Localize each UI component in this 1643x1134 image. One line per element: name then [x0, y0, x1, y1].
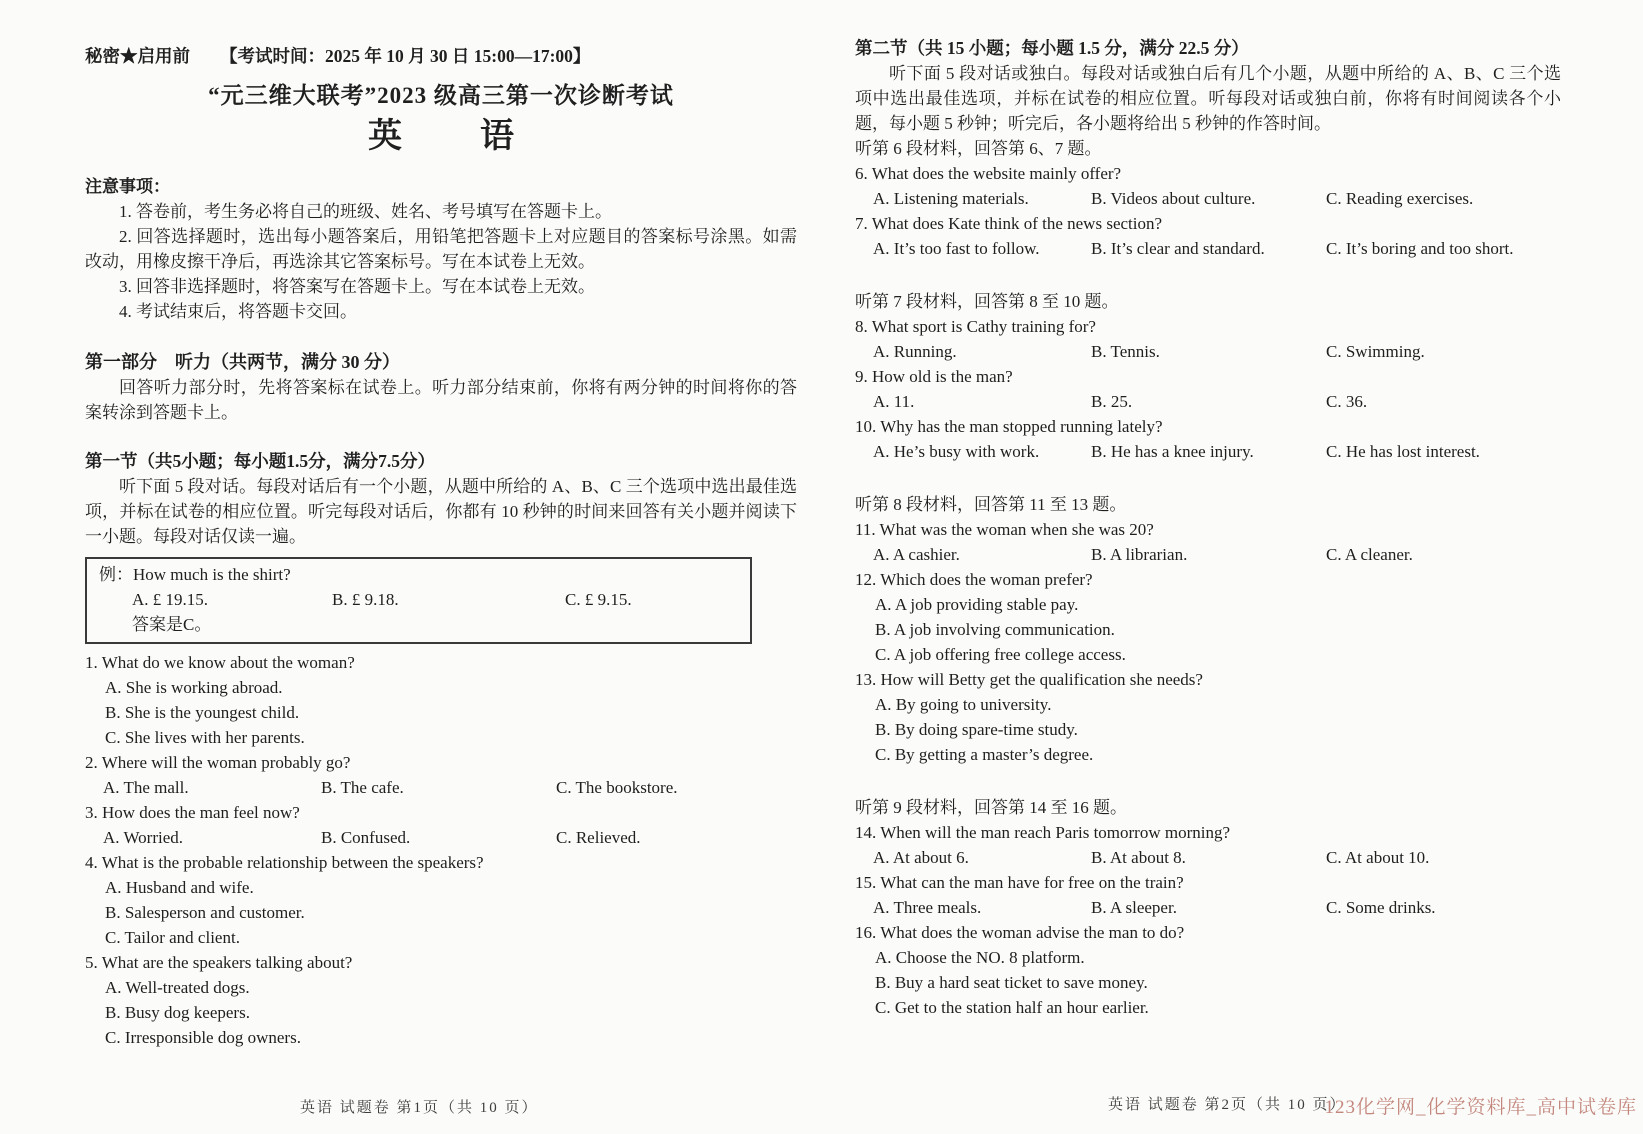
example-option: C. £ 9.15. [565, 587, 742, 612]
option: A. Listening materials. [873, 186, 1091, 211]
question: 7. What does Kate think of the news sect… [855, 211, 1561, 261]
option: B. She is the youngest child. [85, 700, 797, 725]
question: 12. Which does the woman prefer?A. A job… [855, 567, 1561, 667]
option: C. 36. [1326, 389, 1561, 414]
question-text: 8. What sport is Cathy training for? [855, 314, 1561, 339]
material-heading: 听第 6 段材料，回答第 6、7 题。 [855, 136, 1561, 161]
option: A. Worried. [103, 825, 321, 850]
option: C. Irresponsible dog owners. [85, 1025, 797, 1050]
option: B. Busy dog keepers. [85, 1000, 797, 1025]
option: C. Tailor and client. [85, 925, 797, 950]
option-group: A. The mall.B. The cafe.C. The bookstore… [85, 775, 797, 800]
part1-heading: 第一部分 听力（共两节，满分 30 分） [85, 350, 797, 375]
option: C. It’s boring and too short. [1326, 236, 1561, 261]
notice-item-4: 4. 考试结束后，将答题卡交回。 [85, 299, 797, 324]
option: C. Relieved. [556, 825, 797, 850]
option-group: A. Choose the NO. 8 platform.B. Buy a ha… [855, 945, 1561, 1020]
option: A. She is working abroad. [85, 675, 797, 700]
option: A. By going to university. [855, 692, 1561, 717]
example-question-line: 例：How much is the shirt? [99, 562, 742, 587]
question: 9. How old is the man?A. 11.B. 25.C. 36. [855, 364, 1561, 414]
option: B. It’s clear and standard. [1091, 236, 1326, 261]
section1-intro: 听下面 5 段对话。每段对话后有一个小题，从题中所给的 A、B、C 三个选项中选… [85, 474, 797, 549]
option-group: A. She is working abroad.B. She is the y… [85, 675, 797, 750]
option-group: A. A job providing stable pay.B. A job i… [855, 592, 1561, 667]
option: B. The cafe. [321, 775, 556, 800]
question: 15. What can the man have for free on th… [855, 870, 1561, 920]
question: 3. How does the man feel now?A. Worried.… [85, 800, 797, 850]
option: B. A job involving communication. [855, 617, 1561, 642]
option-group: A. Listening materials.B. Videos about c… [855, 186, 1561, 211]
option-group: A. Three meals.B. A sleeper.C. Some drin… [855, 895, 1561, 920]
question-text: 4. What is the probable relationship bet… [85, 850, 797, 875]
option-group: A. At about 6.B. At about 8.C. At about … [855, 845, 1561, 870]
option: C. By getting a master’s degree. [855, 742, 1561, 767]
question: 11. What was the woman when she was 20?A… [855, 517, 1561, 567]
notice-heading: 注意事项： [85, 174, 797, 199]
section1-heading: 第一节（共5小题；每小题1.5分，满分7.5分） [85, 449, 797, 474]
option-group: A. Worried.B. Confused.C. Relieved. [85, 825, 797, 850]
section2-heading: 第二节（共 15 小题；每小题 1.5 分，满分 22.5 分） [855, 36, 1561, 61]
option: B. At about 8. [1091, 845, 1326, 870]
exam-time: 【考试时间：2025 年 10 月 30 日 15:00—17:00】 [220, 46, 590, 66]
option: B. He has a knee injury. [1091, 439, 1326, 464]
option: C. Reading exercises. [1326, 186, 1561, 211]
question: 8. What sport is Cathy training for?A. R… [855, 314, 1561, 364]
question-text: 13. How will Betty get the qualification… [855, 667, 1561, 692]
option-group: A. Husband and wife.B. Salesperson and c… [85, 875, 797, 950]
section2-intro: 听下面 5 段对话或独白。每段对话或独白后有几个小题，从题中所给的 A、B、C … [855, 61, 1561, 136]
example-option: B. £ 9.18. [332, 587, 565, 612]
question: 16. What does the woman advise the man t… [855, 920, 1561, 1020]
option: C. He has lost interest. [1326, 439, 1561, 464]
option: B. By doing spare-time study. [855, 717, 1561, 742]
option: A. Three meals. [873, 895, 1091, 920]
question: 4. What is the probable relationship bet… [85, 850, 797, 950]
questions-1-5: 1. What do we know about the woman?A. Sh… [85, 650, 797, 1050]
question-text: 1. What do we know about the woman? [85, 650, 797, 675]
example-question: How much is the shirt? [133, 565, 291, 584]
question-text: 10. Why has the man stopped running late… [855, 414, 1561, 439]
option: A. A cashier. [873, 542, 1091, 567]
question-text: 11. What was the woman when she was 20? [855, 517, 1561, 542]
option: A. Husband and wife. [85, 875, 797, 900]
option-group: A. It’s too fast to follow.B. It’s clear… [855, 236, 1561, 261]
option: B. Videos about culture. [1091, 186, 1326, 211]
question: 6. What does the website mainly offer?A.… [855, 161, 1561, 211]
question-text: 16. What does the woman advise the man t… [855, 920, 1561, 945]
material-heading: 听第 9 段材料，回答第 14 至 16 题。 [855, 795, 1561, 820]
subject-title: 英 语 [85, 116, 797, 158]
question-text: 9. How old is the man? [855, 364, 1561, 389]
option: C. Get to the station half an hour earli… [855, 995, 1561, 1020]
option: C. A job offering free college access. [855, 642, 1561, 667]
exam-title: “元三维大联考”2023 级高三第一次诊断考试 [85, 83, 797, 108]
option: C. She lives with her parents. [85, 725, 797, 750]
header-line: 秘密★启用前【考试时间：2025 年 10 月 30 日 15:00—17:00… [85, 44, 797, 69]
option-group: A. A cashier.B. A librarian.C. A cleaner… [855, 542, 1561, 567]
example-box: 例：How much is the shirt? A. £ 19.15.B. £… [85, 557, 752, 644]
option: A. Well-treated dogs. [85, 975, 797, 1000]
material-heading: 听第 8 段材料，回答第 11 至 13 题。 [855, 492, 1561, 517]
question: 1. What do we know about the woman?A. Sh… [85, 650, 797, 750]
page-2-column: 第二节（共 15 小题；每小题 1.5 分，满分 22.5 分） 听下面 5 段… [855, 36, 1561, 1020]
option: A. Running. [873, 339, 1091, 364]
option-group: A. 11.B. 25.C. 36. [855, 389, 1561, 414]
option-group: A. By going to university.B. By doing sp… [855, 692, 1561, 767]
option-group: A. Well-treated dogs.B. Busy dog keepers… [85, 975, 797, 1050]
example-label: 例： [99, 565, 133, 584]
option: A. A job providing stable pay. [855, 592, 1561, 617]
option: B. Tennis. [1091, 339, 1326, 364]
example-answer: 答案是C。 [99, 612, 742, 637]
option: B. A sleeper. [1091, 895, 1326, 920]
notice-item-2: 2. 回答选择题时，选出每小题答案后，用铅笔把答题卡上对应题目的答案标号涂黑。如… [85, 224, 797, 274]
example-options: A. £ 19.15.B. £ 9.18.C. £ 9.15. [99, 587, 742, 612]
question: 10. Why has the man stopped running late… [855, 414, 1561, 464]
option: B. 25. [1091, 389, 1326, 414]
option: A. At about 6. [873, 845, 1091, 870]
notice-item-3: 3. 回答非选择题时，将答案写在答题卡上。写在本试卷上无效。 [85, 274, 797, 299]
question: 13. How will Betty get the qualification… [855, 667, 1561, 767]
option: A. It’s too fast to follow. [873, 236, 1091, 261]
question-text: 12. Which does the woman prefer? [855, 567, 1561, 592]
site-watermark: 123化学网_化学资料库_高中试卷库 [1324, 1092, 1637, 1119]
question-text: 3. How does the man feel now? [85, 800, 797, 825]
option: C. A cleaner. [1326, 542, 1561, 567]
question-text: 5. What are the speakers talking about? [85, 950, 797, 975]
option: C. The bookstore. [556, 775, 797, 800]
option: A. 11. [873, 389, 1091, 414]
material-heading: 听第 7 段材料，回答第 8 至 10 题。 [855, 289, 1561, 314]
page-2-footer: 英语 试题卷 第2页（共 10 页） [1108, 1093, 1347, 1114]
question: 2. Where will the woman probably go?A. T… [85, 750, 797, 800]
questions-6-16: 听第 6 段材料，回答第 6、7 题。6. What does the webs… [855, 136, 1561, 1020]
security-label: 秘密★启用前 [85, 46, 190, 66]
question-text: 7. What does Kate think of the news sect… [855, 211, 1561, 236]
option: B. Buy a hard seat ticket to save money. [855, 970, 1561, 995]
question: 5. What are the speakers talking about?A… [85, 950, 797, 1050]
notice-item-1: 1. 答卷前，考生务必将自己的班级、姓名、考号填写在答题卡上。 [85, 199, 797, 224]
option: B. Salesperson and customer. [85, 900, 797, 925]
question: 14. When will the man reach Paris tomorr… [855, 820, 1561, 870]
option-group: A. Running.B. Tennis.C. Swimming. [855, 339, 1561, 364]
page-1-footer: 英语 试题卷 第1页（共 10 页） [300, 1096, 539, 1117]
question-text: 6. What does the website mainly offer? [855, 161, 1561, 186]
option: C. Swimming. [1326, 339, 1561, 364]
option: A. The mall. [103, 775, 321, 800]
option: A. He’s busy with work. [873, 439, 1091, 464]
example-option: A. £ 19.15. [132, 587, 332, 612]
option: B. A librarian. [1091, 542, 1326, 567]
option: A. Choose the NO. 8 platform. [855, 945, 1561, 970]
option: C. Some drinks. [1326, 895, 1561, 920]
option-group: A. He’s busy with work.B. He has a knee … [855, 439, 1561, 464]
question-text: 14. When will the man reach Paris tomorr… [855, 820, 1561, 845]
part1-intro: 回答听力部分时，先将答案标在试卷上。听力部分结束前，你将有两分钟的时间将你的答案… [85, 375, 797, 425]
option: B. Confused. [321, 825, 556, 850]
option: C. At about 10. [1326, 845, 1561, 870]
question-text: 2. Where will the woman probably go? [85, 750, 797, 775]
page-1-column: 秘密★启用前【考试时间：2025 年 10 月 30 日 15:00—17:00… [85, 44, 797, 1050]
question-text: 15. What can the man have for free on th… [855, 870, 1561, 895]
